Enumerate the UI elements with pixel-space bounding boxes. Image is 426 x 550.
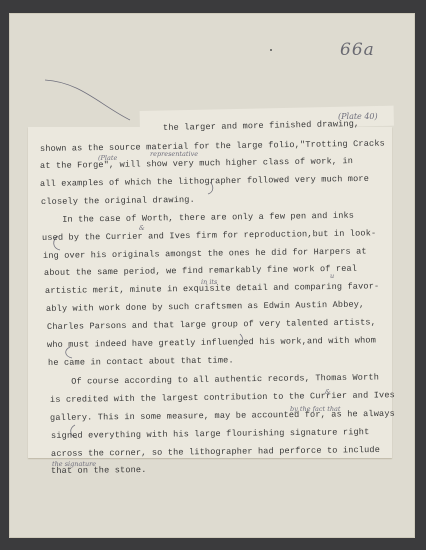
handwritten-plate-note: (Plate 40) (338, 112, 378, 121)
handwritten-the-signature: the signature (52, 460, 96, 468)
handwritten-u-insertion: u (330, 272, 334, 280)
insertion-guide-line (45, 80, 130, 120)
handwritten-representative: representative (150, 150, 198, 158)
handwritten-in-its: in its (201, 278, 217, 286)
handwritten-plate-label: (Plate (98, 154, 117, 162)
handwritten-ampersand-1: & (139, 224, 145, 232)
handwritten-by-the-fact-that: by the fact that (290, 405, 341, 413)
handwritten-ampersand-2: & (325, 388, 331, 396)
typed-line: closely the original drawing. (41, 195, 195, 207)
